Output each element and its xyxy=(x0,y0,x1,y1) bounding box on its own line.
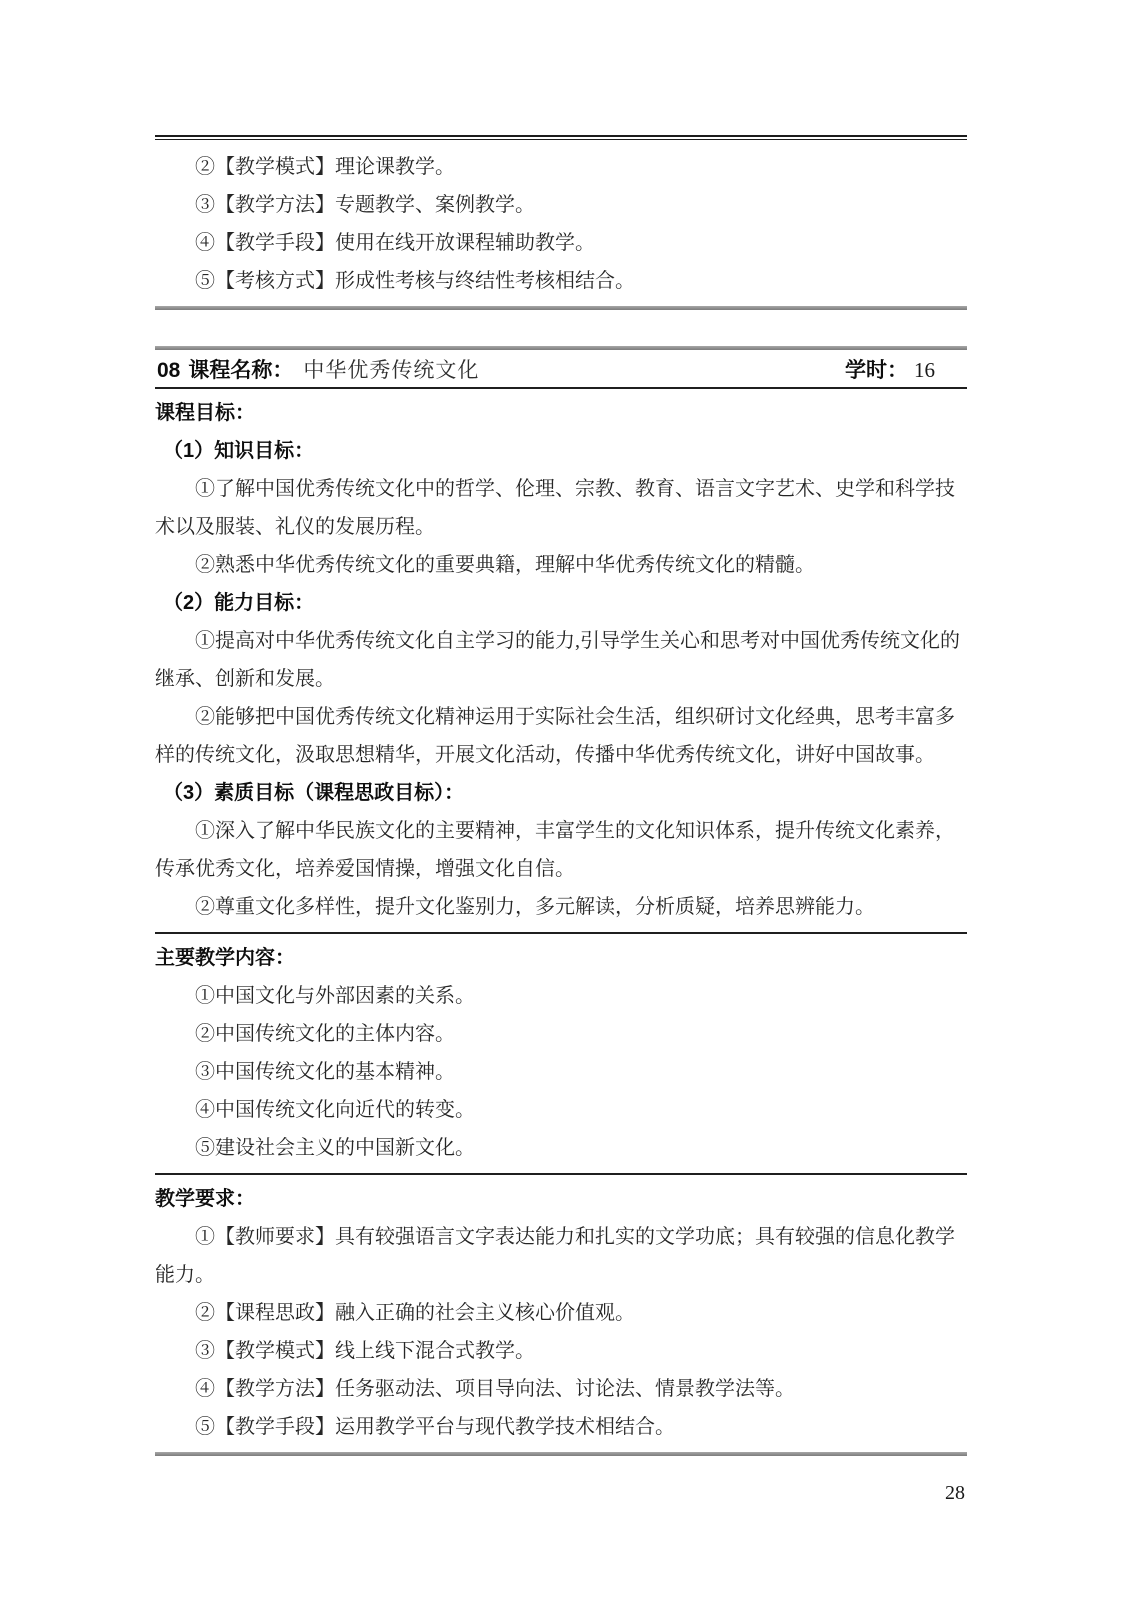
teaching-requirement-item: ③【教学模式】线上线下混合式教学。 xyxy=(155,1332,967,1370)
course-hours: 学时： 16 xyxy=(845,354,935,384)
teaching-content-item: ②中国传统文化的主体内容。 xyxy=(155,1015,967,1053)
knowledge-objectives-heading: （1）知识目标： xyxy=(155,432,967,470)
document-content: ②【教学模式】理论课教学。 ③【教学方法】专题教学、案例教学。 ④【教学手段】使… xyxy=(155,135,967,1505)
teaching-content-item: ④中国传统文化向近代的转变。 xyxy=(155,1091,967,1129)
hours-value: 16 xyxy=(914,358,935,383)
objectives-title: 课程目标： xyxy=(155,394,967,432)
knowledge-objective-item: ①了解中国优秀传统文化中的哲学、伦理、宗教、教育、语言文字艺术、史学和科学技术以… xyxy=(155,470,967,546)
teaching-requirement-item: ⑤【教学手段】运用教学平台与现代教学技术相结合。 xyxy=(155,1408,967,1446)
teaching-content-section: 主要教学内容： ①中国文化与外部因素的关系。 ②中国传统文化的主体内容。 ③中国… xyxy=(155,934,967,1173)
quality-objective-item: ②尊重文化多样性，提升文化鉴别力，多元解读，分析质疑，培养思辨能力。 xyxy=(155,888,967,926)
course-title: 08 课程名称： 中华优秀传统文化 xyxy=(157,354,479,384)
teaching-requirements-title: 教学要求： xyxy=(155,1180,967,1218)
teaching-requirement-item: ①【教师要求】具有较强语言文字表达能力和扎实的文学功底；具有较强的信息化教学能力… xyxy=(155,1218,967,1294)
teaching-content-item: ①中国文化与外部因素的关系。 xyxy=(155,977,967,1015)
ability-objective-item: ②能够把中国优秀传统文化精神运用于实际社会生活，组织研讨文化经典，思考丰富多样的… xyxy=(155,698,967,774)
table-gap xyxy=(155,310,967,346)
course-header-row: 08 课程名称： 中华优秀传统文化 学时： 16 xyxy=(155,350,967,387)
teaching-requirement-item: ④【教学方法】任务驱动法、项目导向法、讨论法、情景教学法等。 xyxy=(155,1370,967,1408)
ability-objective-item: ①提高对中华优秀传统文化自主学习的能力,引导学生关心和思考对中国优秀传统文化的继… xyxy=(155,622,967,698)
teaching-requirements-section: 教学要求： ①【教师要求】具有较强语言文字表达能力和扎实的文学功底；具有较强的信… xyxy=(155,1175,967,1452)
teaching-method-line: ③【教学方法】专题教学、案例教学。 xyxy=(155,186,967,224)
teaching-mode-line: ②【教学模式】理论课教学。 xyxy=(155,148,967,186)
previous-course-section: ②【教学模式】理论课教学。 ③【教学方法】专题教学、案例教学。 ④【教学手段】使… xyxy=(155,135,967,310)
quality-objective-item: ①深入了解中华民族文化的主要精神，丰富学生的文化知识体系，提升传统文化素养，传承… xyxy=(155,812,967,888)
ability-objectives-heading: （2）能力目标： xyxy=(155,584,967,622)
assessment-line: ⑤【考核方式】形成性考核与终结性考核相结合。 xyxy=(155,262,967,300)
teaching-content-item: ⑤建设社会主义的中国新文化。 xyxy=(155,1129,967,1167)
knowledge-objective-item: ②熟悉中华优秀传统文化的重要典籍，理解中华优秀传统文化的精髓。 xyxy=(155,546,967,584)
page-number: 28 xyxy=(155,1482,967,1505)
hours-label: 学时： xyxy=(845,354,908,384)
course-number: 08 xyxy=(157,359,180,383)
course-name: 中华优秀传统文化 xyxy=(303,354,479,384)
teaching-means-line: ④【教学手段】使用在线开放课程辅助教学。 xyxy=(155,224,967,262)
course-08-table: 08 课程名称： 中华优秀传统文化 学时： 16 课程目标： （1）知识目标： … xyxy=(155,346,967,1456)
course-name-label: 课程名称： xyxy=(188,354,293,384)
teaching-content-item: ③中国传统文化的基本精神。 xyxy=(155,1053,967,1091)
teaching-content-title: 主要教学内容： xyxy=(155,939,967,977)
course-objectives-section: 课程目标： （1）知识目标： ①了解中国优秀传统文化中的哲学、伦理、宗教、教育、… xyxy=(155,389,967,932)
quality-objectives-heading: （3）素质目标（课程思政目标）： xyxy=(155,774,967,812)
teaching-requirement-item: ②【课程思政】融入正确的社会主义核心价值观。 xyxy=(155,1294,967,1332)
table-bottom-border xyxy=(155,1452,967,1456)
